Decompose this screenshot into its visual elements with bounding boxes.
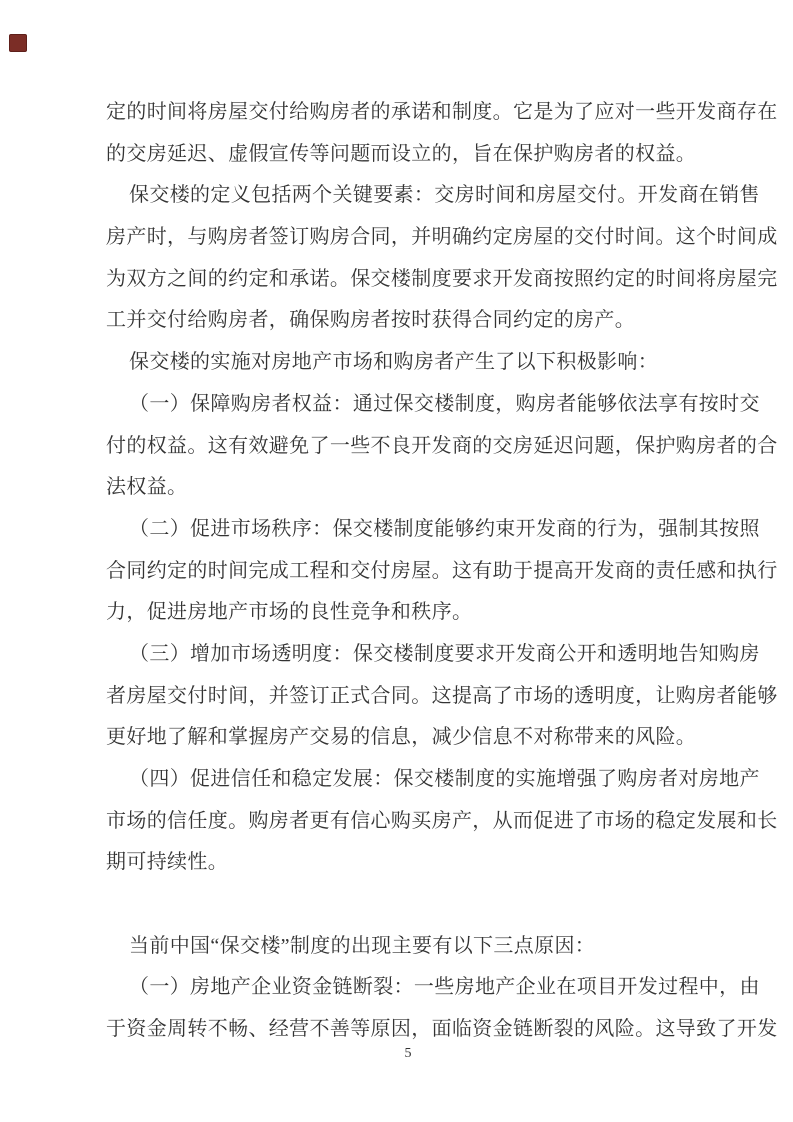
text-line: 市场的信任度。购房者更有信心购买房产，从而促进了市场的稳定发展和长: [106, 801, 780, 843]
text-line: 期可持续性。: [106, 842, 780, 884]
text-line: 合同约定的时间完成工程和交付房屋。这有助于提高开发商的责任感和执行: [106, 551, 780, 593]
text-line: 的交房延迟、虚假宣传等问题而设立的，旨在保护购房者的权益。: [106, 134, 780, 176]
corner-mark: [9, 34, 27, 52]
text-line: 法权益。: [106, 467, 780, 509]
text-line: （二）促进市场秩序：保交楼制度能够约束开发商的行为，强制其按照: [106, 509, 780, 551]
text-line: 当前中国“保交楼”制度的出现主要有以下三点原因：: [106, 926, 780, 968]
document-page: 定的时间将房屋交付给购房者的承诺和制度。它是为了应对一些开发商存在的交房延迟、虚…: [0, 0, 793, 1122]
text-line: （四）促进信任和稳定发展：保交楼制度的实施增强了购房者对房地产: [106, 759, 780, 801]
document-text: 定的时间将房屋交付给购房者的承诺和制度。它是为了应对一些开发商存在的交房延迟、虚…: [106, 92, 780, 1051]
text-line: 保交楼的定义包括两个关键要素：交房时间和房屋交付。开发商在销售: [106, 175, 780, 217]
text-line: 定的时间将房屋交付给购房者的承诺和制度。它是为了应对一些开发商存在: [106, 92, 780, 134]
text-line: 力，促进房地产市场的良性竞争和秩序。: [106, 592, 780, 634]
text-line: 更好地了解和掌握房产交易的信息，减少信息不对称带来的风险。: [106, 717, 780, 759]
blank-line: [106, 884, 780, 926]
text-line: （一）房地产企业资金链断裂：一些房地产企业在项目开发过程中，由: [106, 967, 780, 1009]
page-number: 5: [0, 1045, 793, 1063]
text-line: 者房屋交付时间，并签订正式合同。这提高了市场的透明度，让购房者能够: [106, 676, 780, 718]
text-line: 为双方之间的约定和承诺。保交楼制度要求开发商按照约定的时间将房屋完: [106, 259, 780, 301]
text-line: （三）增加市场透明度：保交楼制度要求开发商公开和透明地告知购房: [106, 634, 780, 676]
text-line: 付的权益。这有效避免了一些不良开发商的交房延迟问题，保护购房者的合: [106, 426, 780, 468]
text-line: （一）保障购房者权益：通过保交楼制度，购房者能够依法享有按时交: [106, 384, 780, 426]
text-line: 工并交付给购房者，确保购房者按时获得合同约定的房产。: [106, 300, 780, 342]
text-line: 房产时，与购房者签订购房合同，并明确约定房屋的交付时间。这个时间成: [106, 217, 780, 259]
text-line: 保交楼的实施对房地产市场和购房者产生了以下积极影响：: [106, 342, 780, 384]
